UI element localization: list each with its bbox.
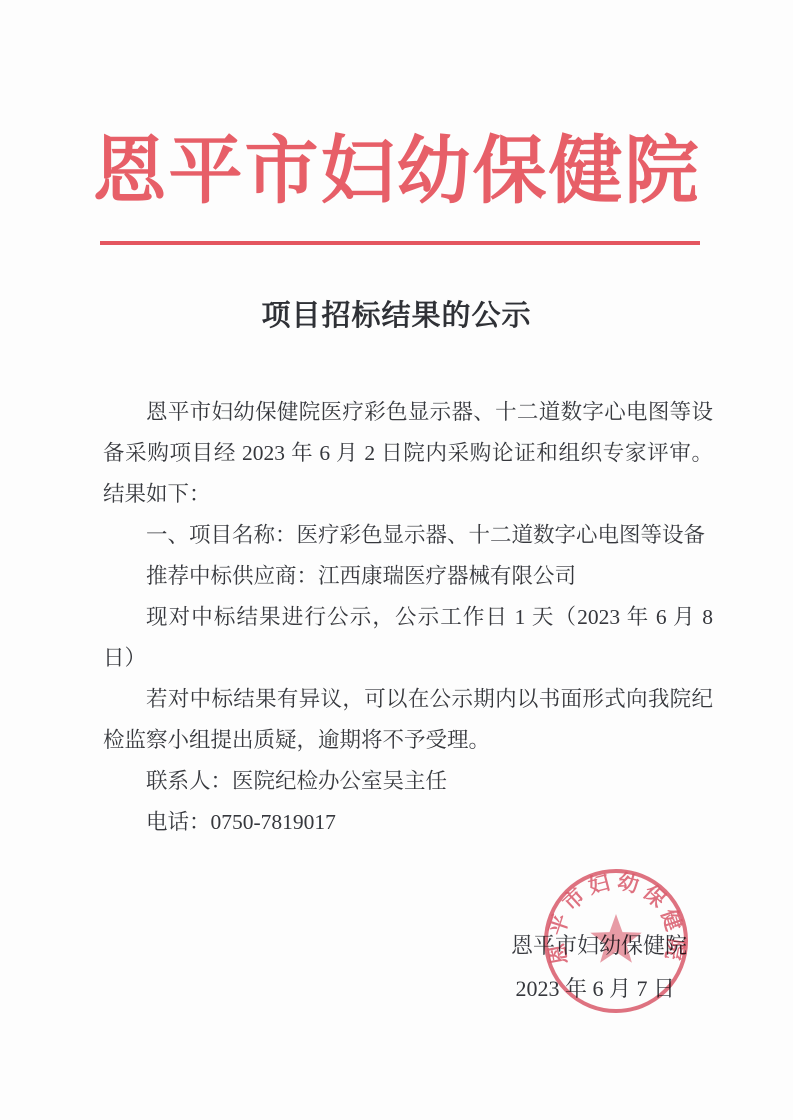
paragraph-phone: 电话：0750-7819017 bbox=[103, 802, 713, 843]
document-body: 恩平市妇幼保健院医疗彩色显示器、十二道数字心电图等设备采购项目经 2023 年 … bbox=[103, 392, 713, 843]
signature-date: 2023 年 6 月 7 日 bbox=[0, 973, 793, 1005]
document-title: 项目招标结果的公示 bbox=[0, 293, 793, 334]
paragraph-objection: 若对中标结果有异议，可以在公示期内以书面形式向我院纪检监察小组提出质疑，逾期将不… bbox=[103, 679, 713, 761]
signature-org: 恩平市妇幼保健院 bbox=[0, 930, 793, 962]
letterhead: 恩平市妇幼保健院 bbox=[0, 128, 793, 217]
paragraph-publicity-period: 现对中标结果进行公示，公示工作日 1 天（2023 年 6 月 8 日） bbox=[103, 597, 713, 679]
hospital-name-header: 恩平市妇幼保健院 bbox=[0, 128, 793, 217]
letterhead-divider bbox=[100, 241, 700, 245]
paragraph-recommended-supplier: 推荐中标供应商：江西康瑞医疗器械有限公司 bbox=[103, 556, 713, 597]
document-page: 恩平市妇幼保健院 项目招标结果的公示 恩平市妇幼保健院医疗彩色显示器、十二道数字… bbox=[0, 0, 793, 1120]
paragraph-project-name: 一、项目名称：医疗彩色显示器、十二道数字心电图等设备 bbox=[103, 515, 713, 556]
signature-block: 恩平市妇幼保健院 2023 年 6 月 7 日 bbox=[0, 930, 793, 1005]
paragraph-intro: 恩平市妇幼保健院医疗彩色显示器、十二道数字心电图等设备采购项目经 2023 年 … bbox=[103, 392, 713, 515]
paragraph-contact-person: 联系人：医院纪检办公室吴主任 bbox=[103, 761, 713, 802]
